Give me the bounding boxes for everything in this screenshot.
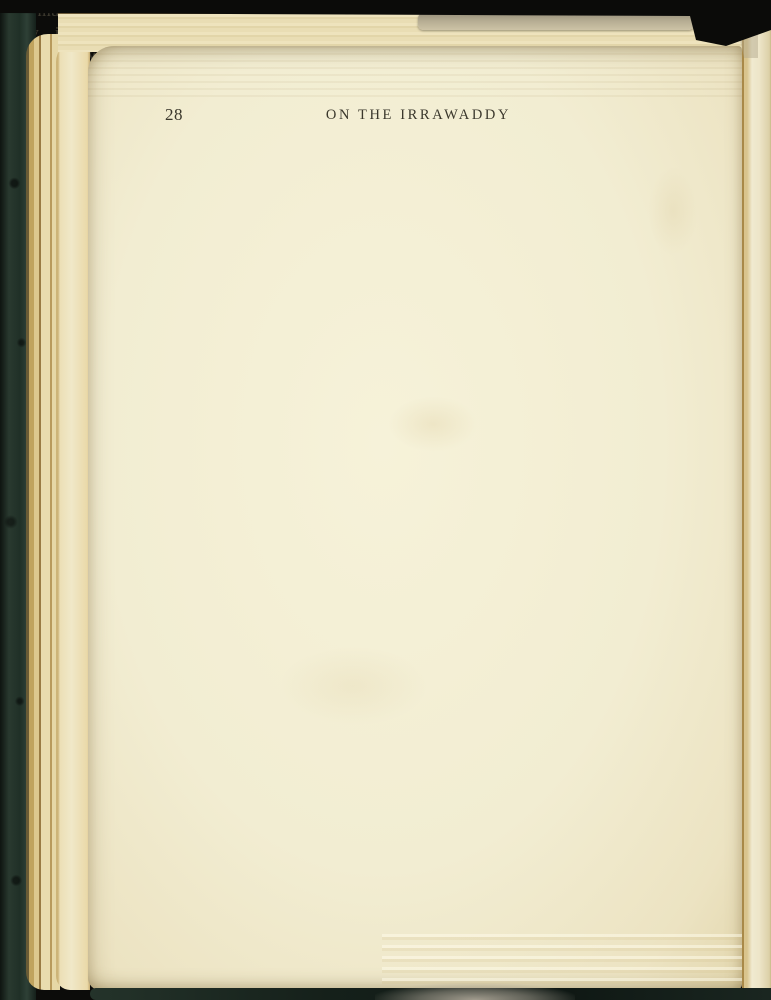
book-scan: 28 ON THE IRRAWADDY not much business he…	[0, 0, 771, 1000]
page-stain	[388, 396, 478, 452]
page-header: 28 ON THE IRRAWADDY	[165, 105, 672, 127]
running-title: ON THE IRRAWADDY	[165, 107, 672, 124]
scan-shadow	[375, 983, 575, 1000]
page-top-texture	[88, 46, 742, 100]
page-stain	[278, 646, 428, 726]
book-page	[88, 46, 742, 990]
facing-page-edge	[742, 26, 771, 1000]
under-page-edge	[56, 40, 90, 990]
page-bottom-texture	[382, 934, 742, 986]
page-edge-stack	[26, 34, 60, 990]
page-stain	[648, 166, 698, 256]
